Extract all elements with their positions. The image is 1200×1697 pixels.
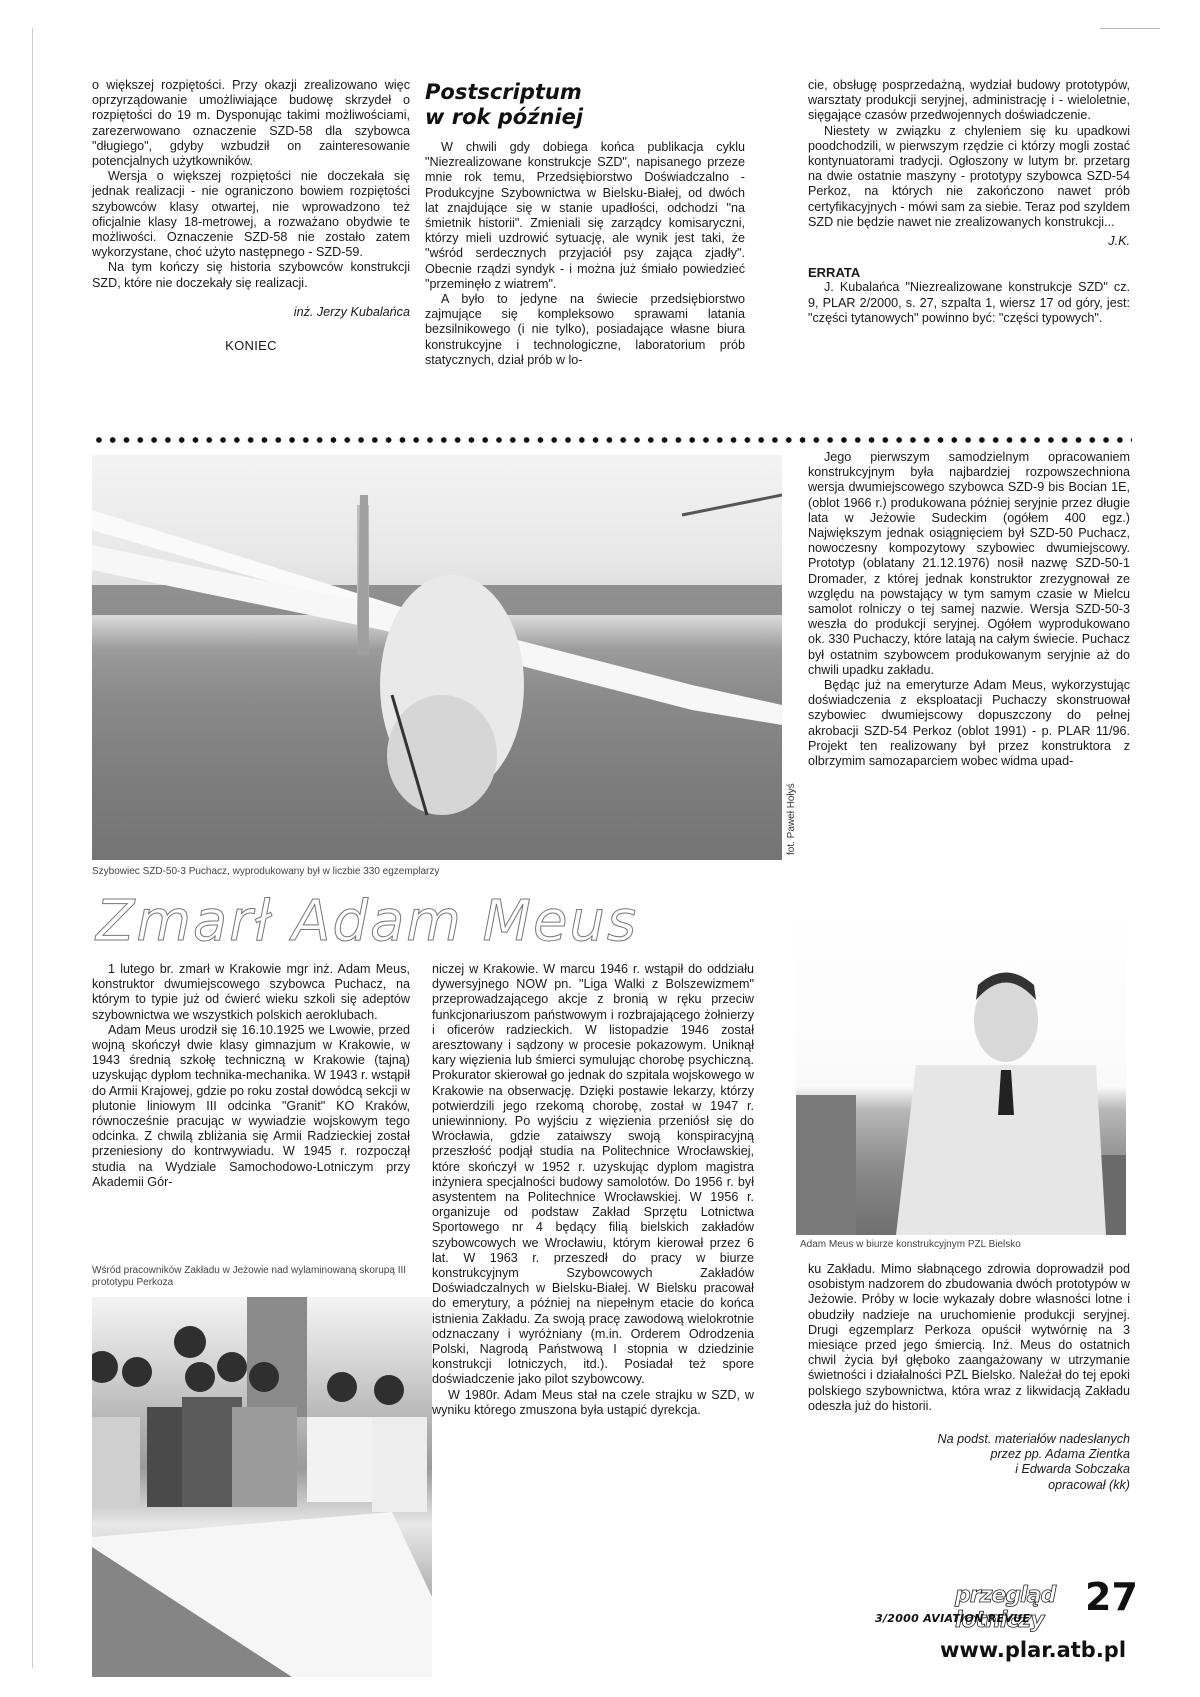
page-number: 27	[1085, 1575, 1138, 1619]
paragraph: W chwili gdy dobiega końca publikacja cy…	[425, 140, 745, 292]
portrait-illustration	[796, 905, 1126, 1235]
team-illustration	[92, 1297, 432, 1677]
paragraph: Na tym kończy się historia szybowców kon…	[92, 260, 410, 290]
dotted-separator	[92, 435, 1132, 445]
glider-photo-caption: Szybowiec SZD-50-3 Puchacz, wyprodukowan…	[92, 866, 439, 878]
obituary-credits: Na podst. materiałów nadesłanych przez p…	[808, 1432, 1130, 1493]
meus-biography-column: Jego pierwszym samodzielnym opracowaniem…	[808, 450, 1130, 769]
paragraph: niczej w Krakowie. W marcu 1946 r. wstąp…	[432, 962, 754, 1388]
paragraph: ku Zakładu. Mimo słabnącego zdrowia dopr…	[808, 1262, 1130, 1414]
scan-mark	[1100, 28, 1160, 29]
team-photo-caption: Wśród pracowników Zakładu w Jeżowie nad …	[92, 1265, 412, 1289]
errata-heading: ERRATA	[808, 265, 1130, 280]
credit-line: przez pp. Adama Zientka	[808, 1447, 1130, 1462]
author-signature: inż. Jerzy Kubalańca	[92, 305, 410, 320]
issue-label: 3/2000 AVIATION REVUE	[875, 1612, 1030, 1625]
obituary-title: Zmarł Adam Meus	[96, 890, 638, 954]
paragraph: o większej rozpiętości. Przy okazji zrea…	[92, 78, 410, 169]
postscript-signature: J.K.	[808, 234, 1130, 249]
errata-text: J. Kubalańca "Niezrealizowane konstrukcj…	[808, 280, 1130, 326]
postscript-title: Postscriptum w rok później	[425, 80, 745, 130]
paragraph: cie, obsługę posprzedażną, wydział budow…	[808, 78, 1130, 124]
article-end-column: o większej rozpiętości. Przy okazji zrea…	[92, 78, 410, 353]
obituary-column-1: 1 lutego br. zmarł w Krakowie mgr inż. A…	[92, 962, 410, 1190]
credit-line: Na podst. materiałów nadesłanych	[808, 1432, 1130, 1447]
glider-illustration	[92, 455, 782, 860]
meus-photo-caption: Adam Meus w biurze konstrukcyjnym PZL Bi…	[800, 1239, 1021, 1251]
page-edge-line	[32, 28, 33, 1668]
credit-line: i Edwarda Sobczaka	[808, 1462, 1130, 1477]
obituary-column-3: ku Zakładu. Mimo słabnącego zdrowia dopr…	[808, 1262, 1130, 1493]
postscript-title-line1: Postscriptum	[425, 80, 745, 105]
paragraph: Będąc już na emeryturze Adam Meus, wykor…	[808, 678, 1130, 769]
obituary-column-2: niczej w Krakowie. W marcu 1946 r. wstąp…	[432, 962, 754, 1418]
glider-photo	[92, 455, 782, 860]
postscript-title-line2: w rok później	[425, 105, 745, 130]
paragraph: Wersja o większej rozpiętości nie doczek…	[92, 169, 410, 260]
paragraph: A było to jedyne na świecie przedsiębior…	[425, 292, 745, 368]
paragraph: Jego pierwszym samodzielnym opracowaniem…	[808, 450, 1130, 678]
adam-meus-photo	[796, 905, 1126, 1235]
postscript-continuation-column: cie, obsługę posprzedażną, wydział budow…	[808, 78, 1130, 326]
credit-line: opracował (kk)	[808, 1478, 1130, 1493]
paragraph: Niestety w związku z chyleniem się ku up…	[808, 124, 1130, 230]
end-label: KONIEC	[92, 338, 410, 353]
postscript-column: Postscriptum w rok później W chwili gdy …	[425, 80, 745, 368]
photo-credit: fot. Paweł Hołyś	[786, 783, 797, 855]
team-photo	[92, 1297, 432, 1677]
paragraph: Adam Meus urodził się 16.10.1925 we Lwow…	[92, 1023, 410, 1190]
paragraph: 1 lutego br. zmarł w Krakowie mgr inż. A…	[92, 962, 410, 1023]
magazine-url: www.plar.atb.pl	[940, 1638, 1126, 1662]
paragraph: W 1980r. Adam Meus stał na czele strajku…	[432, 1388, 754, 1418]
